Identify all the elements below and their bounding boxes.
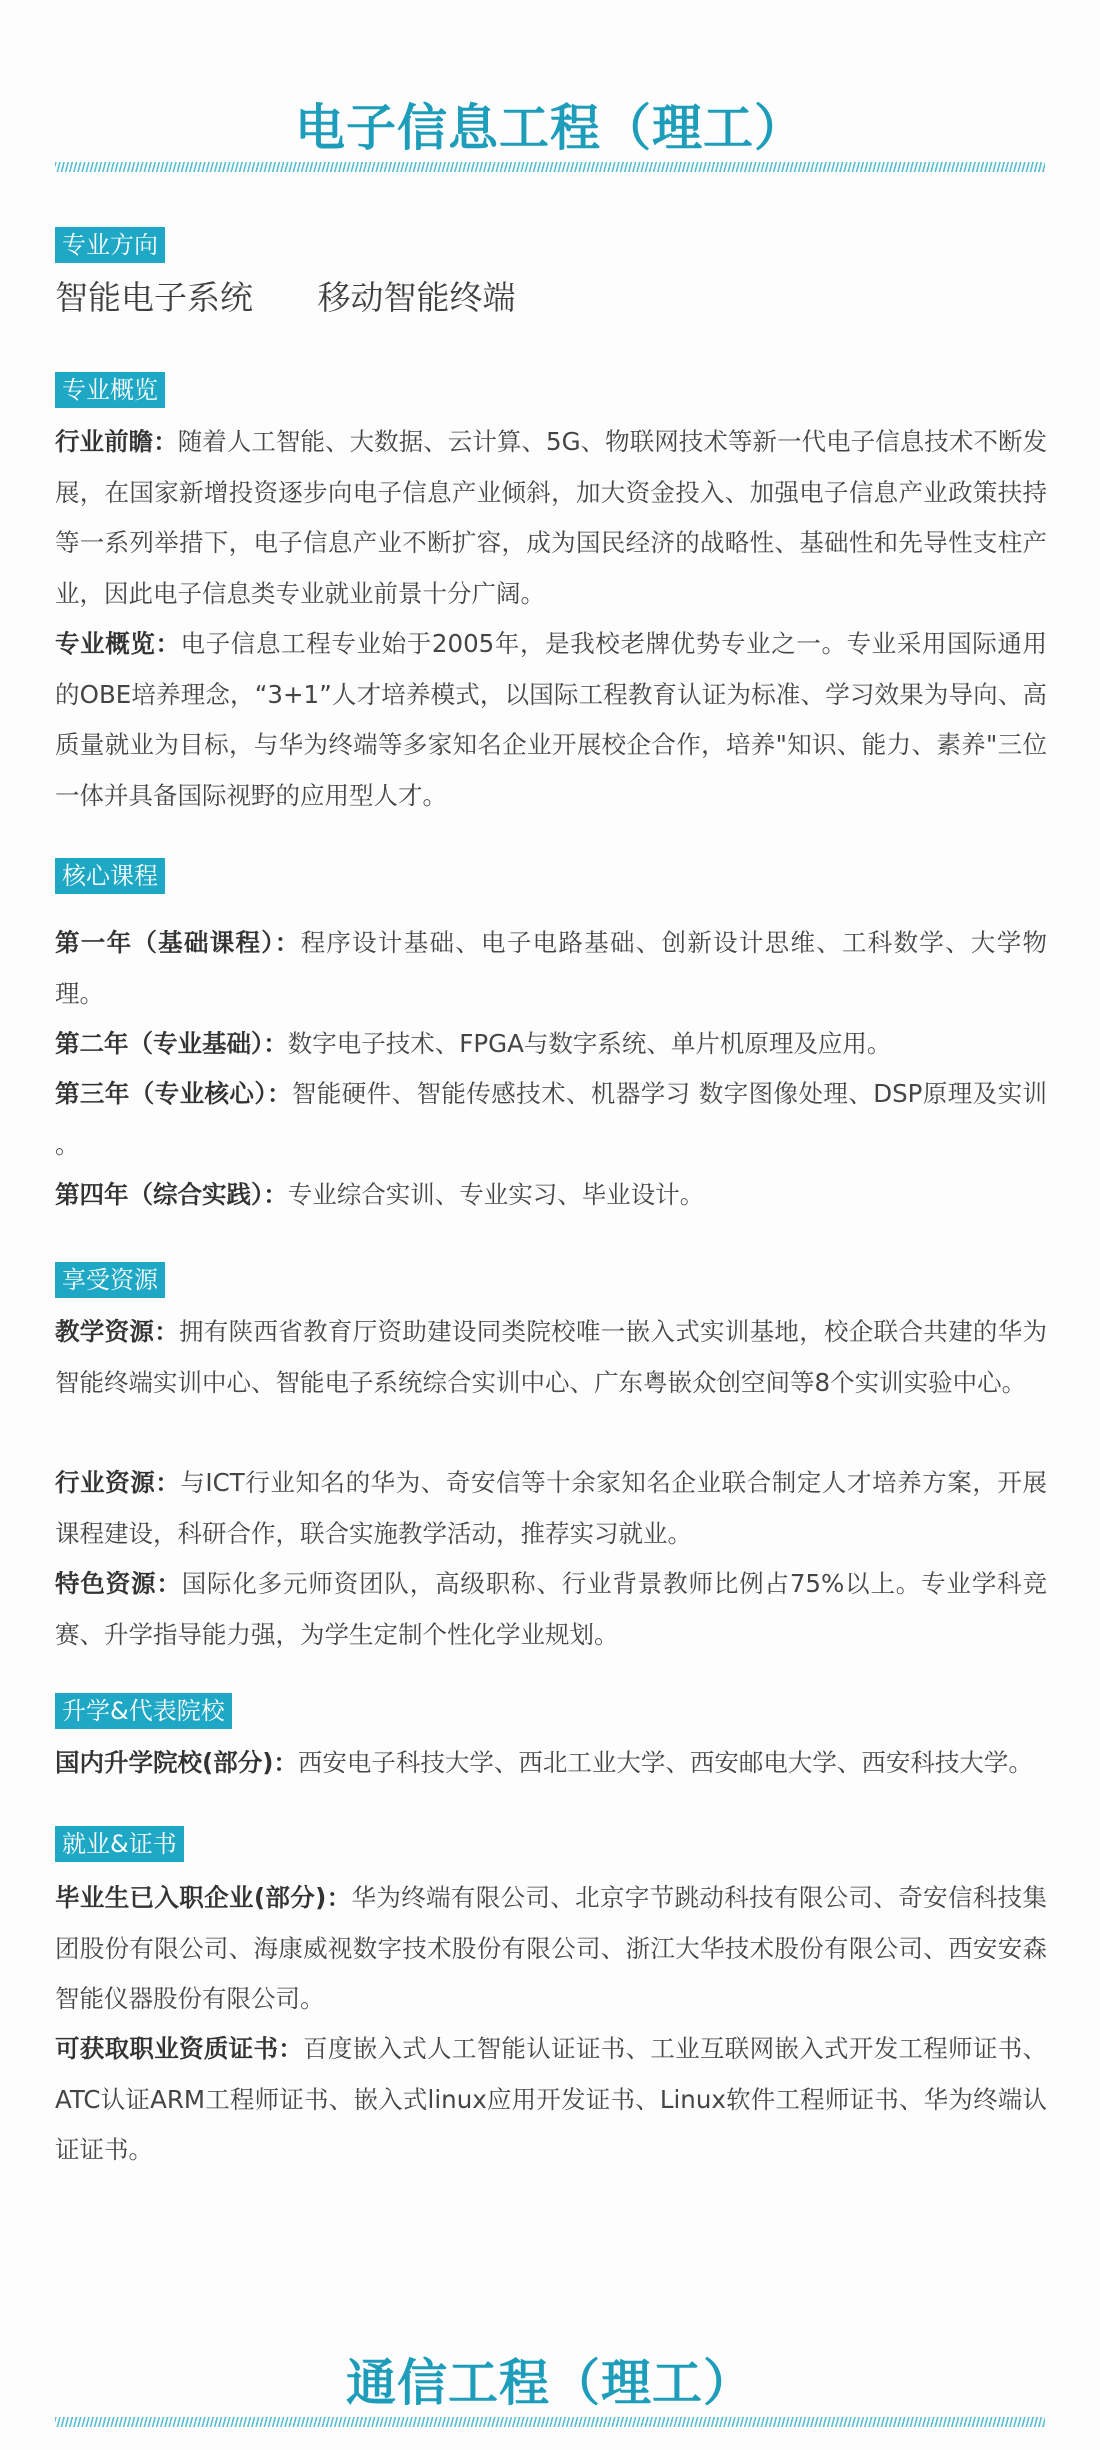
para-label: 第三年（专业核心）：	[55, 1079, 292, 1108]
course-year-4: 第四年（综合实践）：专业综合实训、专业实习、毕业设计。	[55, 1170, 1047, 1221]
hatched-divider	[55, 2417, 1045, 2427]
para-text: 随着人工智能、大数据、云计算、5G、物联网技术等新一代电子信息技术不断发展，在国…	[55, 427, 1047, 608]
overview-paragraph-industry: 行业前瞻：随着人工智能、大数据、云计算、5G、物联网技术等新一代电子信息技术不断…	[55, 417, 1047, 619]
para-text: 拥有陕西省教育厅资助建设同类院校唯一嵌入式实训基地，校企联合共建的华为智能终端实…	[55, 1317, 1047, 1397]
course-year-3: 第三年（专业核心）：智能硬件、智能传感技术、机器学习 数字图像处理、DSP原理及…	[55, 1069, 1047, 1170]
para-text: 国际化多元师资团队，高级职称、行业背景教师比例占75%以上。专业学科竞赛、升学指…	[55, 1569, 1047, 1649]
section-tag-resources: 享受资源	[55, 1262, 165, 1298]
overview-paragraph-program: 专业概览：电子信息工程专业始于2005年，是我校老牌优势专业之一。专业采用国际通…	[55, 619, 1047, 821]
direction-list: 智能电子系统 移动智能终端	[55, 276, 570, 320]
hatched-divider	[55, 162, 1045, 172]
resource-teaching: 教学资源：拥有陕西省教育厅资助建设同类院校唯一嵌入式实训基地，校企联合共建的华为…	[55, 1307, 1047, 1408]
para-text: 数字电子技术、FPGA与数字系统、单片机原理及应用。	[288, 1029, 892, 1058]
para-label: 毕业生已入职企业(部分)：	[55, 1883, 351, 1912]
para-label: 行业前瞻：	[55, 427, 178, 456]
resource-featured: 特色资源：国际化多元师资团队，高级职称、行业背景教师比例占75%以上。专业学科竞…	[55, 1559, 1047, 1660]
para-label: 行业资源：	[55, 1468, 180, 1497]
course-year-2: 第二年（专业基础）：数字电子技术、FPGA与数字系统、单片机原理及应用。	[55, 1019, 1047, 1070]
section-tag-direction: 专业方向	[55, 227, 165, 263]
resource-industry: 行业资源：与ICT行业知名的华为、奇安信等十余家知名企业联合制定人才培养方案，开…	[55, 1458, 1047, 1559]
para-label: 第一年（基础课程）：	[55, 928, 301, 957]
para-label: 第二年（专业基础）：	[55, 1029, 288, 1058]
para-label: 可获取职业资质证书：	[55, 2034, 303, 2063]
para-label: 第四年（综合实践）：	[55, 1180, 288, 1209]
para-label: 特色资源：	[55, 1569, 182, 1598]
para-text: 电子信息工程专业始于2005年，是我校老牌优势专业之一。专业采用国际通用的OBE…	[55, 629, 1047, 810]
direction-item: 移动智能终端	[318, 278, 516, 317]
para-text: 专业综合实训、专业实习、毕业设计。	[288, 1180, 705, 1209]
direction-item: 智能电子系统	[55, 278, 253, 317]
section-tag-courses: 核心课程	[55, 858, 165, 894]
course-year-1: 第一年（基础课程）：程序设计基础、电子电路基础、创新设计思维、工科数学、大学物理…	[55, 918, 1047, 1019]
section-tag-overview: 专业概览	[55, 372, 165, 408]
major-title-communication: 通信工程（理工）	[0, 2353, 1100, 2413]
employment-companies: 毕业生已入职企业(部分)：华为终端有限公司、北京字节跳动科技有限公司、奇安信科技…	[55, 1873, 1047, 2025]
para-text: 与ICT行业知名的华为、奇安信等十余家知名企业联合制定人才培养方案，开展课程建设…	[55, 1468, 1047, 1548]
para-text: 西安电子科技大学、西北工业大学、西安邮电大学、西安科技大学。	[298, 1748, 1033, 1777]
para-label: 教学资源：	[55, 1317, 179, 1346]
para-label: 专业概览：	[55, 629, 181, 658]
section-tag-further-study: 升学&代表院校	[55, 1693, 232, 1729]
further-study-schools: 国内升学院校(部分)：西安电子科技大学、西北工业大学、西安邮电大学、西安科技大学…	[55, 1738, 1047, 1789]
employment-certificates: 可获取职业资质证书：百度嵌入式人工智能认证证书、工业互联网嵌入式开发工程师证书、…	[55, 2024, 1047, 2176]
major-title-electronic-info: 电子信息工程（理工）	[0, 98, 1100, 158]
section-tag-employment: 就业&证书	[55, 1826, 184, 1862]
para-label: 国内升学院校(部分)：	[55, 1748, 298, 1777]
